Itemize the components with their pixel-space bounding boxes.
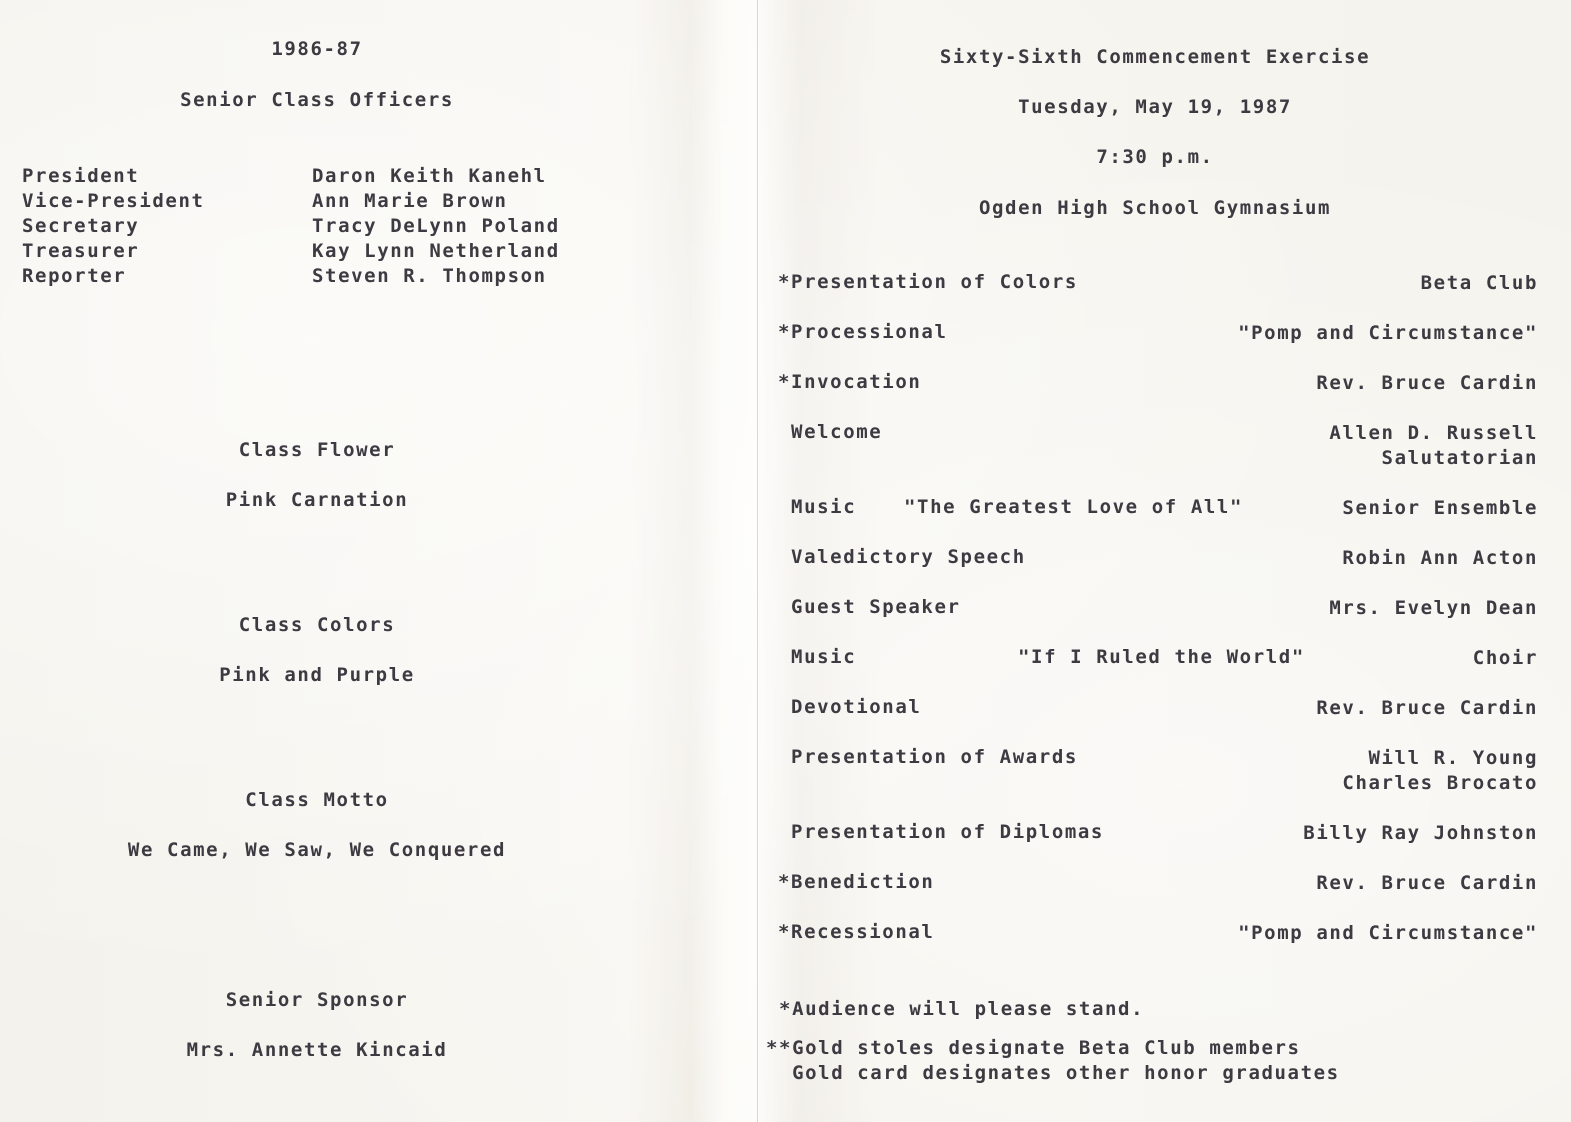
program-item: Devotional — [778, 696, 921, 718]
class-motto-value: We Came, We Saw, We Conquered — [0, 839, 634, 861]
program-piece: "The Greatest Love of All" — [904, 496, 1243, 518]
program-performer: Robin Ann Acton — [1342, 546, 1538, 571]
note-audience-stand: *Audience will please stand. — [766, 997, 1144, 1022]
class-flower-heading: Class Flower — [0, 439, 634, 461]
ceremony-location: Ogden High School Gymnasium — [770, 197, 1540, 219]
center-fold — [757, 0, 758, 1122]
program-performer: Rev. Bruce Cardin — [1316, 871, 1538, 896]
program-performer: Billy Ray Johnston — [1303, 821, 1538, 846]
ceremony-date: Tuesday, May 19, 1987 — [770, 96, 1540, 118]
senior-sponsor-heading: Senior Sponsor — [0, 989, 634, 1011]
officer-row: Vice-President Ann Marie Brown — [22, 190, 508, 215]
ceremony-time: 7:30 p.m. — [770, 146, 1540, 168]
program-item: *Benediction — [778, 871, 934, 893]
officer-row: President Daron Keith Kanehl — [22, 165, 547, 190]
class-flower-value: Pink Carnation — [0, 489, 634, 511]
program-item: Welcome — [778, 421, 882, 443]
officer-name: Daron Keith Kanehl — [312, 165, 547, 190]
program-piece: "If I Ruled the World" — [1018, 646, 1305, 668]
program-performer: "Pomp and Circumstance" — [1238, 921, 1538, 946]
program-performer: Beta Club — [1421, 271, 1538, 296]
program-item: *Recessional — [778, 921, 934, 943]
program-item: Music — [778, 496, 856, 518]
program-item: Guest Speaker — [778, 596, 961, 618]
officer-title: Secretary — [22, 215, 312, 240]
officer-title: Reporter — [22, 265, 312, 290]
officer-title: Treasurer — [22, 240, 312, 265]
program-performer: Rev. Bruce Cardin — [1316, 696, 1538, 721]
program-performer: Senior Ensemble — [1342, 496, 1538, 521]
program-item: Presentation of Awards — [778, 746, 1078, 768]
program-item: *Processional — [778, 321, 948, 343]
program-item: Valedictory Speech — [778, 546, 1026, 568]
note-gold-card: Gold card designates other honor graduat… — [766, 1061, 1340, 1086]
program-performer: Will R. Young Charles Brocato — [1342, 746, 1538, 796]
program-item: Presentation of Diplomas — [778, 821, 1104, 843]
note-gold-stoles: **Gold stoles designate Beta Club member… — [766, 1036, 1301, 1061]
officer-row: Treasurer Kay Lynn Netherland — [22, 240, 560, 265]
program-performer: "Pomp and Circumstance" — [1238, 321, 1538, 346]
officer-row: Reporter Steven R. Thompson — [22, 265, 547, 290]
officer-name: Steven R. Thompson — [312, 265, 547, 290]
program-item: *Presentation of Colors — [778, 271, 1078, 293]
program-item: Music — [778, 646, 856, 668]
program-row: *Recessional "Pomp and Circumstance" — [778, 921, 1538, 1009]
officer-name: Ann Marie Brown — [312, 190, 508, 215]
officers-heading: Senior Class Officers — [0, 89, 634, 111]
program-performer: Rev. Bruce Cardin — [1316, 371, 1538, 396]
program-performer: Allen D. Russell Salutatorian — [1329, 421, 1538, 471]
class-colors-heading: Class Colors — [0, 614, 634, 636]
officer-title: President — [22, 165, 312, 190]
class-motto-heading: Class Motto — [0, 789, 634, 811]
program-item: *Invocation — [778, 371, 921, 393]
year: 1986-87 — [0, 38, 634, 60]
officer-row: Secretary Tracy DeLynn Poland — [22, 215, 560, 240]
officer-title: Vice-President — [22, 190, 312, 215]
senior-sponsor-value: Mrs. Annette Kincaid — [0, 1039, 634, 1061]
program-performer: Mrs. Evelyn Dean — [1329, 596, 1538, 621]
program-performer: Choir — [1473, 646, 1538, 671]
officer-name: Tracy DeLynn Poland — [312, 215, 560, 240]
officer-name: Kay Lynn Netherland — [312, 240, 560, 265]
class-colors-value: Pink and Purple — [0, 664, 634, 686]
ceremony-title: Sixty-Sixth Commencement Exercise — [770, 46, 1540, 68]
